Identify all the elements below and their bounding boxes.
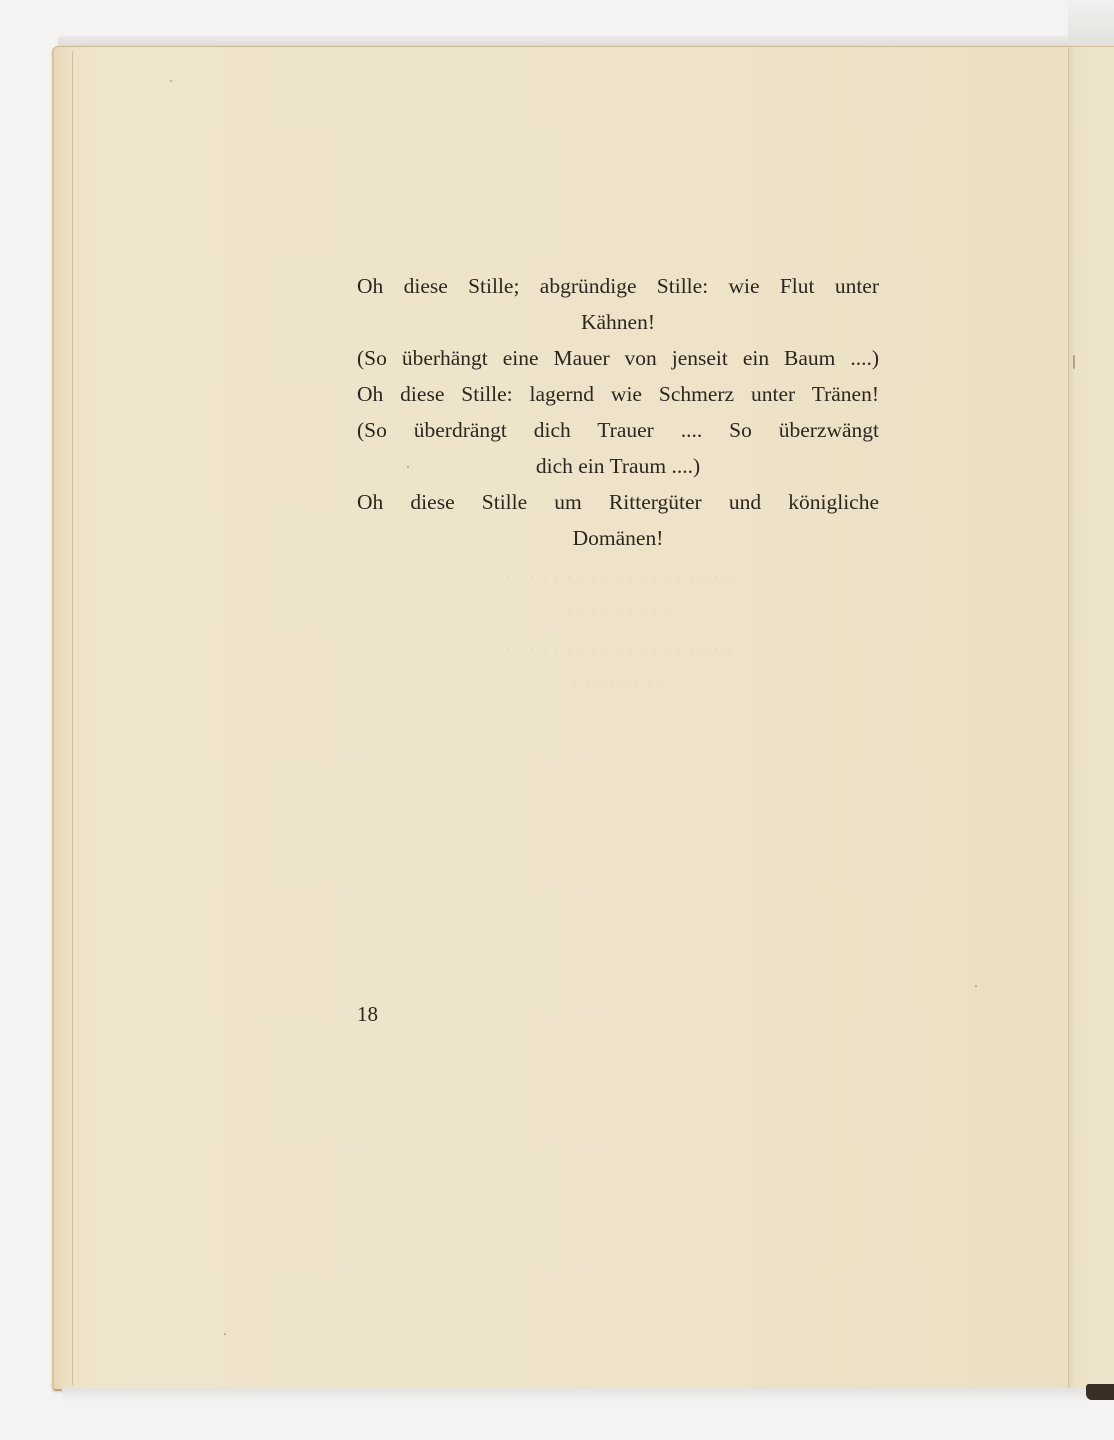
poem-text: Oh diese Stille; abgründige Stille: wie …: [357, 268, 879, 556]
paper-speck: [170, 80, 172, 82]
book-binding-corner: [1086, 1384, 1114, 1400]
page-deckle-edge: [72, 51, 73, 1385]
poem-line: Oh diese Stille: lagernd wie Schmerz unt…: [357, 376, 879, 412]
poem-line: Kähnen!: [357, 304, 879, 340]
paper-mark: [1073, 355, 1075, 369]
poem-line: (So überdrängt dich Trauer .... So überz…: [357, 412, 879, 448]
poem-line: Domänen!: [357, 520, 879, 556]
next-page-top-shadow: [1068, 0, 1114, 46]
book-page: [52, 46, 1078, 1391]
page-number: 18: [357, 1002, 378, 1027]
page-bottom-shadow: [62, 1388, 1092, 1402]
paper-speck: [224, 1333, 226, 1335]
poem-line: Oh diese Stille um Rittergüter und könig…: [357, 484, 879, 520]
paper-speck: [407, 466, 409, 468]
next-page-edge: [1068, 46, 1114, 1389]
poem-line: dich ein Traum ....): [357, 448, 879, 484]
poem-line: (So überhängt eine Mauer von jenseit ein…: [357, 340, 879, 376]
poem-line: Oh diese Stille; abgründige Stille: wie …: [357, 268, 879, 304]
paper-speck: [975, 985, 977, 987]
